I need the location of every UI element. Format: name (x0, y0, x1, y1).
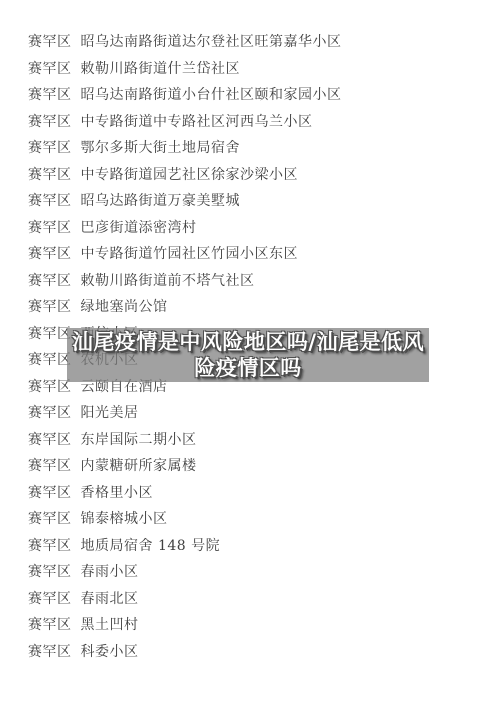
location-label: 阳光美居 (81, 402, 139, 422)
district-label: 赛罕区 (28, 482, 72, 502)
district-label: 赛罕区 (28, 58, 72, 78)
list-item: 赛罕区 东岸国际二期小区 (28, 426, 500, 453)
location-label: 巴彦街道添密湾村 (81, 217, 197, 237)
district-label: 赛罕区 (28, 190, 72, 210)
district-label: 赛罕区 (28, 429, 72, 449)
list-item: 赛罕区 科委小区 (28, 638, 500, 665)
list-item: 赛罕区 中专路街道园艺社区徐家沙梁小区 (28, 161, 500, 188)
district-label: 赛罕区 (28, 376, 72, 396)
location-label: 昭乌达南路街道达尔登社区旺第嘉华小区 (81, 31, 342, 51)
district-label: 赛罕区 (28, 508, 72, 528)
location-label: 中专路街道园艺社区徐家沙梁小区 (81, 164, 299, 184)
location-label: 春雨小区 (81, 561, 139, 581)
location-label: 春雨北区 (81, 588, 139, 608)
list-item: 赛罕区 巴彦街道添密湾村 (28, 214, 500, 241)
list-item: 赛罕区 地质局宿舍 148 号院 (28, 532, 500, 559)
location-label: 敕勒川路街道前不塔气社区 (81, 270, 255, 290)
list-item: 赛罕区 锦泰榕城小区 (28, 505, 500, 532)
list-item: 赛罕区 敕勒川路街道什兰岱社区 (28, 55, 500, 82)
location-label: 绿地塞尚公馆 (81, 296, 168, 316)
list-item: 赛罕区 春雨小区 (28, 558, 500, 585)
district-label: 赛罕区 (28, 588, 72, 608)
list-item: 赛罕区 春雨北区 (28, 585, 500, 612)
location-label: 昭乌达路街道万豪美墅城 (81, 190, 241, 210)
page: 赛罕区 昭乌达南路街道达尔登社区旺第嘉华小区 赛罕区 敕勒川路街道什兰岱社区 赛… (0, 0, 500, 707)
location-label: 中专路街道竹园社区竹园小区东区 (81, 243, 299, 263)
list-item: 赛罕区 敕勒川路街道前不塔气社区 (28, 267, 500, 294)
list-item: 赛罕区 绿地塞尚公馆 (28, 293, 500, 320)
district-label: 赛罕区 (28, 561, 72, 581)
district-label: 赛罕区 (28, 323, 72, 343)
list-item: 赛罕区 昭乌达南路街道小台什社区颐和家园小区 (28, 81, 500, 108)
title-overlay: 汕尾疫情是中风险地区吗/汕尾是低风险疫情区吗 (67, 328, 429, 382)
location-label: 香格里小区 (81, 482, 154, 502)
location-label: 锦泰榕城小区 (81, 508, 168, 528)
district-label: 赛罕区 (28, 296, 72, 316)
location-label: 内蒙糖研所家属楼 (81, 455, 197, 475)
district-label: 赛罕区 (28, 535, 72, 555)
location-label: 黑土凹村 (81, 614, 139, 634)
overlay-title: 汕尾疫情是中风险地区吗/汕尾是低风险疫情区吗 (71, 329, 425, 381)
list-item: 赛罕区 昭乌达南路街道达尔登社区旺第嘉华小区 (28, 28, 500, 55)
list-item: 赛罕区 昭乌达路街道万豪美墅城 (28, 187, 500, 214)
list-item: 赛罕区 黑土凹村 (28, 611, 500, 638)
list-item: 赛罕区 香格里小区 (28, 479, 500, 506)
list-item: 赛罕区 内蒙糖研所家属楼 (28, 452, 500, 479)
location-label: 昭乌达南路街道小台什社区颐和家园小区 (81, 84, 342, 104)
list-item: 赛罕区 阳光美居 (28, 399, 500, 426)
district-label: 赛罕区 (28, 164, 72, 184)
district-label: 赛罕区 (28, 641, 72, 661)
district-label: 赛罕区 (28, 455, 72, 475)
district-label: 赛罕区 (28, 614, 72, 634)
location-label: 敕勒川路街道什兰岱社区 (81, 58, 241, 78)
location-label: 科委小区 (81, 641, 139, 661)
district-label: 赛罕区 (28, 111, 72, 131)
location-label: 东岸国际二期小区 (81, 429, 197, 449)
location-label: 地质局宿舍 148 号院 (81, 535, 221, 555)
district-label: 赛罕区 (28, 31, 72, 51)
list-item: 赛罕区 中专路街道竹园社区竹园小区东区 (28, 240, 500, 267)
district-label: 赛罕区 (28, 349, 72, 369)
district-label: 赛罕区 (28, 243, 72, 263)
district-label: 赛罕区 (28, 402, 72, 422)
district-label: 赛罕区 (28, 137, 72, 157)
list-item: 赛罕区 中专路街道中专路社区河西乌兰小区 (28, 108, 500, 135)
district-label: 赛罕区 (28, 84, 72, 104)
district-label: 赛罕区 (28, 217, 72, 237)
location-label: 中专路街道中专路社区河西乌兰小区 (81, 111, 313, 131)
list-item: 赛罕区 鄂尔多斯大街土地局宿舍 (28, 134, 500, 161)
location-label: 鄂尔多斯大街土地局宿舍 (81, 137, 241, 157)
district-label: 赛罕区 (28, 270, 72, 290)
